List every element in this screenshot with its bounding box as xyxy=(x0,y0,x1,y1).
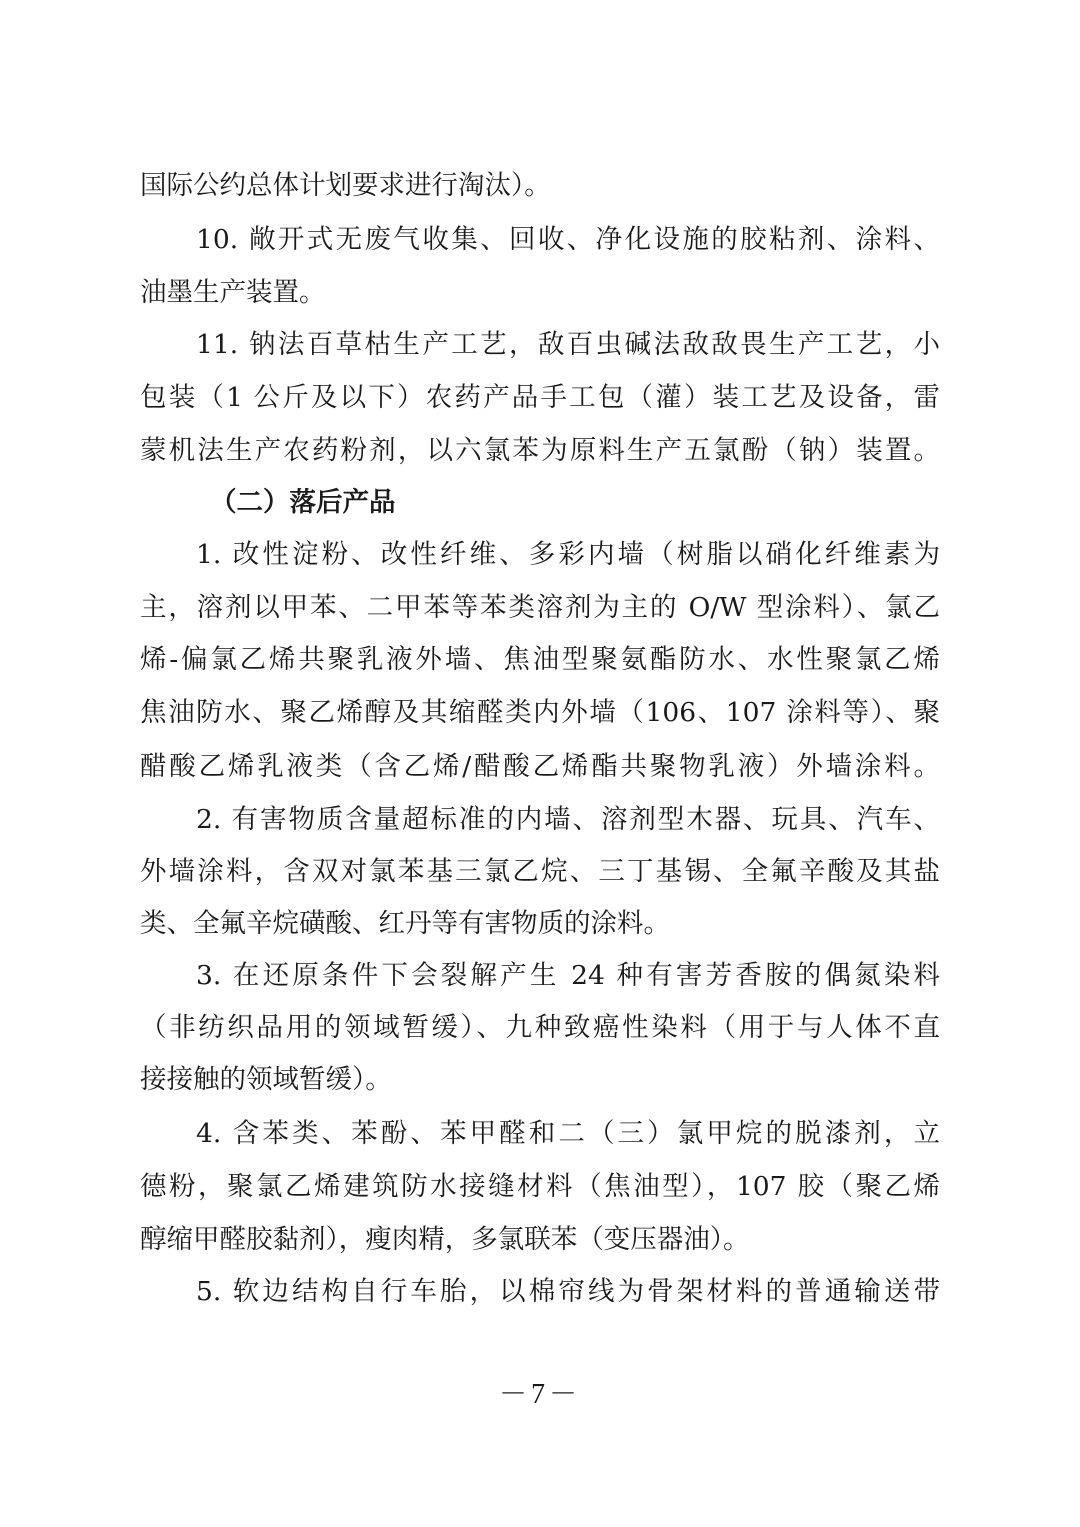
product-item-4-line-3: 醇缩甲醛胶黏剂），瘦肉精，多氯联苯（变压器油）。 xyxy=(140,1220,940,1260)
product-item-4-line-1: 4. 含苯类、苯酚、苯甲醛和二（三）氯甲烷的脱漆剂，立 xyxy=(196,1114,940,1154)
product-item-1-line-1: 1. 改性淀粉、改性纤维、多彩内墙（树脂以硝化纤维素为 xyxy=(196,535,940,575)
page-number: －7－ xyxy=(0,1378,1080,1412)
product-item-4-line-2: 德粉，聚氯乙烯建筑防水接缝材料（焦油型），107 胶（聚乙烯 xyxy=(140,1167,940,1207)
product-item-2-line-1: 2. 有害物质含量超标准的内墙、溶剂型木器、玩具、汽车、 xyxy=(196,800,940,840)
product-item-3-line-1: 3. 在还原条件下会裂解产生 24 种有害芳香胺的偶氮染料 xyxy=(196,956,940,996)
list-item-11-line-1: 11. 钠法百草枯生产工艺，敌百虫碱法敌敌畏生产工艺，小 xyxy=(196,325,940,365)
product-item-1-line-5: 醋酸乙烯乳液类（含乙烯/醋酸乙烯酯共聚物乳液）外墙涂料。 xyxy=(140,747,940,787)
list-item-11-line-2: 包装（1 公斤及以下）农药产品手工包（灌）装工艺及设备，雷 xyxy=(140,378,940,418)
text-line: 国际公约总体计划要求进行淘汰）。 xyxy=(140,166,940,206)
product-item-1-line-4: 焦油防水、聚乙烯醇及其缩醛类内外墙（106、107 涂料等）、聚 xyxy=(140,693,940,733)
product-item-5-line-1: 5. 软边结构自行车胎，以棉帘线为骨架材料的普通输送带 xyxy=(196,1272,940,1312)
product-item-2-line-2: 外墙涂料，含双对氯苯基三氯乙烷、三丁基锡、全氟辛酸及其盐 xyxy=(140,852,940,892)
section-heading: （二）落后产品 xyxy=(210,483,610,523)
product-item-3-line-2: （非纺织品用的领域暂缓）、九种致癌性染料（用于与人体不直 xyxy=(140,1008,940,1048)
product-item-3-line-3: 接接触的领域暂缓）。 xyxy=(140,1060,940,1100)
product-item-1-line-2: 主，溶剂以甲苯、二甲苯等苯类溶剂为主的 O/W 型涂料）、氯乙 xyxy=(140,588,940,628)
product-item-2-line-3: 类、全氟辛烷磺酸、红丹等有害物质的涂料。 xyxy=(140,904,940,944)
list-item-10-line-2: 油墨生产装置。 xyxy=(140,273,940,313)
list-item-10-line-1: 10. 敞开式无废气收集、回收、净化设施的胶粘剂、涂料、 xyxy=(196,220,940,260)
list-item-11-line-3: 蒙机法生产农药粉剂，以六氯苯为原料生产五氯酚（钠）装置。 xyxy=(140,431,940,471)
product-item-1-line-3: 烯-偏氯乙烯共聚乳液外墙、焦油型聚氨酯防水、水性聚氯乙烯 xyxy=(140,640,940,680)
